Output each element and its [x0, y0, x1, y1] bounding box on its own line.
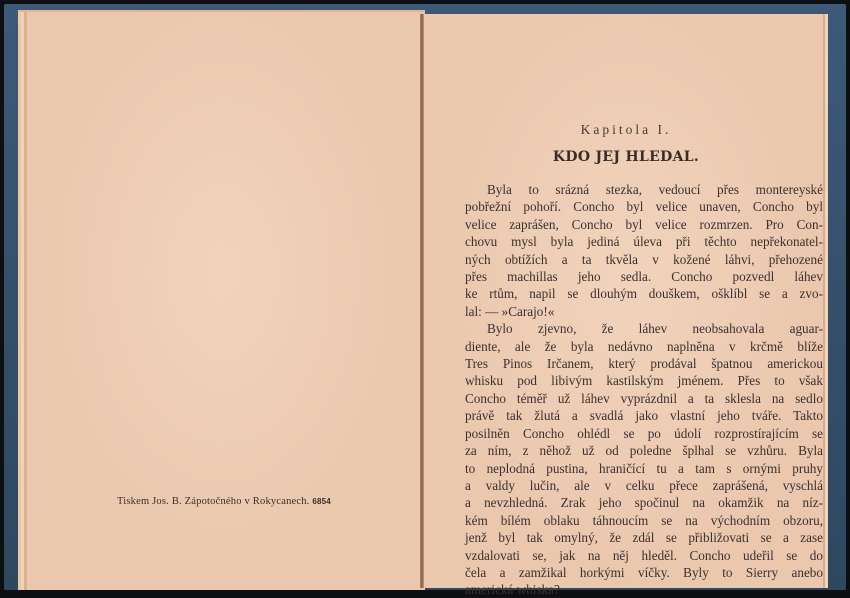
- text-line: americká whiska?: [465, 581, 823, 598]
- text-line: a valdy lučin, ale v celku přece zapráše…: [465, 477, 823, 494]
- text-line: a nevzhledná. Zrak jeho spočinul na okam…: [465, 494, 823, 511]
- paragraph-1: Byla to srázná stezka, vedoucí přes mont…: [465, 181, 823, 320]
- text-line: ných obtížích a ta tkvěla v kožené láhvi…: [465, 251, 823, 268]
- imprint-text: Tiskem Jos. B. Zápotočného v Rokycanech.: [117, 496, 310, 507]
- text-line: jenž byl tak omylný, že zdál se přibližo…: [465, 529, 823, 546]
- paragraph-2: Bylo zjevno, že láhev neobsahovala aguar…: [465, 320, 823, 598]
- chapter-label: Kapitola I.: [424, 122, 828, 138]
- text-line: vzdalovati se, jak na něj hleděl. Concho…: [465, 547, 823, 564]
- text-line: přes machillas jeho sedla. Concho pozved…: [465, 268, 823, 285]
- chapter-body: Byla to srázná stezka, vedoucí přes mont…: [465, 181, 823, 598]
- text-line: Byla to srázná stezka, vedoucí přes mont…: [465, 181, 823, 198]
- printer-imprint: Tiskem Jos. B. Zápotočného v Rokycanech.…: [117, 496, 331, 507]
- text-line: ke rtům, napil se dlouhým douškem, ošklí…: [465, 285, 823, 302]
- text-line: lal: — »Carajo!«: [465, 303, 823, 320]
- text-line: to neplodná pustina, hraničící tu a tam …: [465, 460, 823, 477]
- text-line: whisku pod libivým kastilským jménem. Př…: [465, 372, 823, 389]
- text-line: čela a zamžikal horkými víčky. Byly to S…: [465, 564, 823, 581]
- chapter-title: KDO JEJ HLEDAL.: [424, 149, 828, 165]
- text-line: Concho téměř už láhev vyprázdnil a ta sk…: [465, 390, 823, 407]
- text-line: Tres Pinos Irčanem, který prodával špatn…: [465, 355, 823, 372]
- text-line: právě tak žlutá a svadlá jako vlastní je…: [465, 407, 823, 424]
- text-line: pobřežní pohoří. Concho byl velice unave…: [465, 198, 823, 215]
- text-line: posilněn Concho ohlédl se po údolí rozpr…: [465, 425, 823, 442]
- imprint-number: 6854: [312, 497, 331, 506]
- text-line: za ním, z něhož už od poledne šplhal se …: [465, 442, 823, 459]
- text-line: kém bílém oblaku táhnoucím se na východn…: [465, 512, 823, 529]
- text-line: Bylo zjevno, že láhev neobsahovala aguar…: [465, 320, 823, 337]
- text-line: velice zaprášen, Concho byl velice rozmr…: [465, 216, 823, 233]
- text-line: diente, ale že byla nedávno naplněna v k…: [465, 338, 823, 355]
- text-line: chovu mysl byla jediná úleva při těchto …: [465, 233, 823, 250]
